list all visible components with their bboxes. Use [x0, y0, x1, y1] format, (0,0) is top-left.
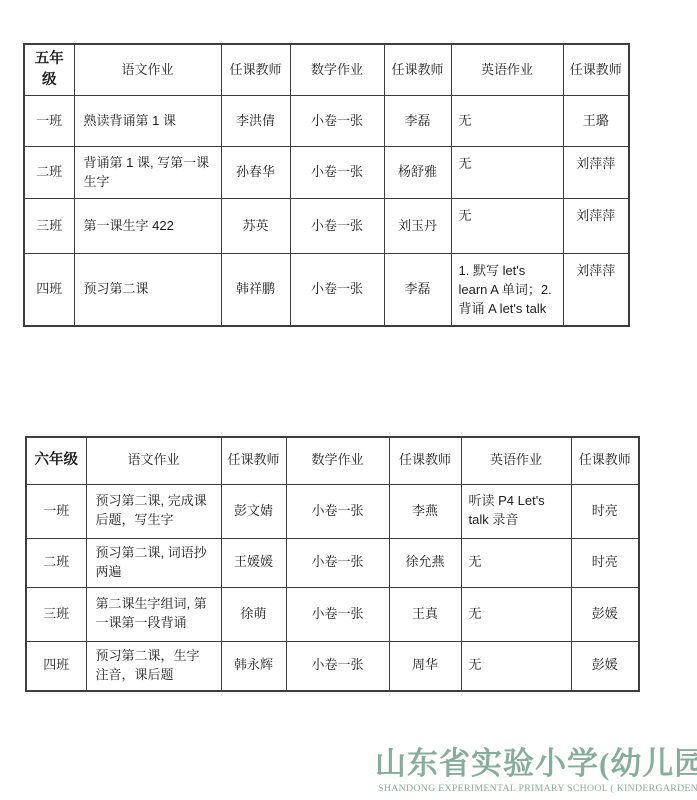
- homework-sheet: 五年级语文作业任课教师数学作业任课教师英语作业任课教师 一班熟读背诵第 1 课李…: [0, 0, 697, 800]
- table-cell: 小卷一张: [290, 254, 384, 326]
- table-cell: 李磊: [384, 96, 451, 147]
- table-cell: 预习第二课, 词语抄两遍: [86, 538, 221, 587]
- table-cell: 小卷一张: [286, 641, 389, 691]
- column-header: 语文作业: [74, 44, 221, 96]
- table-cell: 三班: [26, 587, 86, 641]
- table-cell: 时亮: [571, 484, 639, 538]
- column-header: 任课教师: [571, 437, 639, 484]
- table-cell: 时亮: [571, 538, 639, 587]
- table-row: 四班预习第二课韩祥鹏小卷一张李磊1. 默写 let's learn A 单词；2…: [24, 254, 629, 326]
- table-cell: 无: [451, 96, 563, 147]
- table-cell: 彭媛: [571, 587, 639, 641]
- table-row: 二班预习第二课, 词语抄两遍王媛媛小卷一张徐允燕无时亮: [26, 538, 639, 587]
- table-cell: 徐萌: [221, 587, 286, 641]
- table-cell: 熟读背诵第 1 课: [74, 96, 221, 147]
- table-cell: 三班: [24, 199, 74, 254]
- table-cell: 1. 默写 let's learn A 单词；2. 背诵 A let's tal…: [451, 254, 563, 326]
- table-cell: 刘萍萍: [563, 254, 629, 326]
- table-cell: 听读 P4 Let's talk 录音: [461, 484, 571, 538]
- column-header: 任课教师: [384, 44, 451, 96]
- table-cell: 背诵第 1 课, 写第一课生字: [74, 147, 221, 199]
- table-cell: 小卷一张: [286, 484, 389, 538]
- table-cell: 王媛媛: [221, 538, 286, 587]
- table-cell: 小卷一张: [286, 587, 389, 641]
- table-cell: 彭文婧: [221, 484, 286, 538]
- header-row: 六年级语文作业任课教师数学作业任课教师英语作业任课教师: [26, 437, 639, 484]
- table-cell: 预习第二课，生字注音，课后题: [86, 641, 221, 691]
- school-logo: 山东省实验小学(幼儿园) SHANDONG EXPERIMENTAL PRIMA…: [375, 747, 693, 794]
- table-cell: 王璐: [563, 96, 629, 147]
- table-cell: 徐允燕: [389, 538, 461, 587]
- column-header: 数学作业: [286, 437, 389, 484]
- table-cell: 一班: [24, 96, 74, 147]
- header-row: 五年级语文作业任课教师数学作业任课教师英语作业任课教师: [24, 44, 629, 96]
- table-cell: 小卷一张: [290, 96, 384, 147]
- table-cell: 小卷一张: [290, 147, 384, 199]
- table-row: 二班背诵第 1 课, 写第一课生字孙春华小卷一张杨舒雅无刘萍萍: [24, 147, 629, 199]
- column-header: 语文作业: [86, 437, 221, 484]
- table-cell: 无: [461, 538, 571, 587]
- table-cell: 第二课生字组词, 第一课第一段背诵: [86, 587, 221, 641]
- table-cell: 无: [461, 641, 571, 691]
- table-cell: 第一课生字 422: [74, 199, 221, 254]
- grade-label: 五年级: [24, 44, 74, 96]
- table-cell: 彭媛: [571, 641, 639, 691]
- table-cell: 李燕: [389, 484, 461, 538]
- table-cell: 四班: [24, 254, 74, 326]
- table-cell: 小卷一张: [286, 538, 389, 587]
- table-cell: 刘萍萍: [563, 147, 629, 199]
- table-cell: 刘萍萍: [563, 199, 629, 254]
- grade6-homework-table: 六年级语文作业任课教师数学作业任课教师英语作业任课教师 一班预习第二课, 完成课…: [25, 436, 640, 692]
- table-cell: 四班: [26, 641, 86, 691]
- table-cell: 无: [461, 587, 571, 641]
- grade5-homework-table: 五年级语文作业任课教师数学作业任课教师英语作业任课教师 一班熟读背诵第 1 课李…: [23, 43, 630, 327]
- table-cell: 王真: [389, 587, 461, 641]
- table-row: 四班预习第二课，生字注音，课后题韩永辉小卷一张周华无彭媛: [26, 641, 639, 691]
- column-header: 英语作业: [461, 437, 571, 484]
- table-cell: 孙春华: [221, 147, 290, 199]
- school-name-cn: 山东省实验小学(幼儿园): [375, 747, 693, 781]
- table-cell: 无: [451, 199, 563, 254]
- table-cell: 预习第二课: [74, 254, 221, 326]
- table-cell: 周华: [389, 641, 461, 691]
- table-row: 三班第二课生字组词, 第一课第一段背诵徐萌小卷一张王真无彭媛: [26, 587, 639, 641]
- column-header: 任课教师: [389, 437, 461, 484]
- table-cell: 李磊: [384, 254, 451, 326]
- table-cell: 二班: [26, 538, 86, 587]
- grade-label: 六年级: [26, 437, 86, 484]
- table-cell: 李洪倩: [221, 96, 290, 147]
- table-row: 三班第一课生字 422苏英小卷一张刘玉丹无刘萍萍: [24, 199, 629, 254]
- table-cell: 预习第二课, 完成课后题，写生字: [86, 484, 221, 538]
- table-cell: 韩永辉: [221, 641, 286, 691]
- column-header: 英语作业: [451, 44, 563, 96]
- column-header: 任课教师: [563, 44, 629, 96]
- table-row: 一班预习第二课, 完成课后题，写生字彭文婧小卷一张李燕听读 P4 Let's t…: [26, 484, 639, 538]
- table-cell: 无: [451, 147, 563, 199]
- table-cell: 韩祥鹏: [221, 254, 290, 326]
- column-header: 数学作业: [290, 44, 384, 96]
- table-cell: 一班: [26, 484, 86, 538]
- table-cell: 小卷一张: [290, 199, 384, 254]
- column-header: 任课教师: [221, 437, 286, 484]
- school-name-en: SHANDONG EXPERIMENTAL PRIMARY SCHOOL ( K…: [378, 783, 690, 794]
- table-cell: 苏英: [221, 199, 290, 254]
- table-cell: 杨舒雅: [384, 147, 451, 199]
- table-row: 一班熟读背诵第 1 课李洪倩小卷一张李磊无王璐: [24, 96, 629, 147]
- table-cell: 刘玉丹: [384, 199, 451, 254]
- table-cell: 二班: [24, 147, 74, 199]
- column-header: 任课教师: [221, 44, 290, 96]
